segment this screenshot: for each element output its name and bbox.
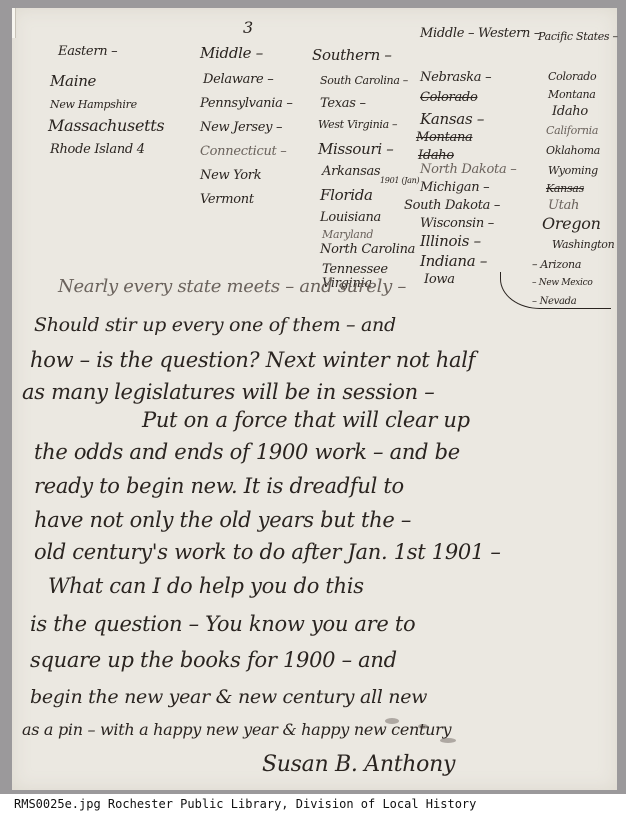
state-item: Connecticut – (200, 144, 287, 159)
state-item: Pennsylvania – (200, 96, 293, 111)
state-item: New Jersey – (200, 120, 282, 135)
state-item: Iowa (424, 272, 455, 287)
column-heading-southern: Southern – (312, 46, 392, 64)
state-item: Massachusetts (48, 116, 164, 135)
body-line: Should stir up every one of them – and (34, 314, 396, 336)
state-item: Wyoming (548, 164, 598, 177)
state-item: California (546, 124, 598, 137)
state-item: Idaho (552, 104, 588, 119)
body-line: old century's work to do after Jan. 1st … (34, 540, 501, 564)
body-line: Put on a force that will clear up (142, 408, 470, 432)
page-number: 3 (243, 18, 253, 37)
ink-smudge (385, 718, 399, 724)
state-item: Nebraska – (420, 70, 491, 85)
state-item: Rhode Island 4 (50, 142, 145, 157)
state-item: Utah (548, 198, 579, 213)
annotation-1901: 1901 (Jan) (380, 176, 419, 185)
column-heading-middle: Middle – (200, 44, 263, 62)
state-item: Kansas – (420, 110, 484, 128)
body-line: What can I do help you do this (48, 574, 364, 598)
bracket-line (500, 272, 611, 309)
state-item: South Dakota – (404, 198, 500, 213)
column-heading-pacific: Pacific States – (538, 30, 618, 43)
state-item: Michigan – (420, 180, 489, 195)
body-line: have not only the old years but the – (34, 508, 411, 532)
state-item: West Virginia – (318, 118, 397, 131)
ink-smudge (440, 738, 456, 743)
state-item-struck: Colorado (420, 90, 477, 105)
state-item: Montana (548, 88, 596, 101)
state-item-struck: Idaho (418, 148, 454, 163)
state-item: South Carolina – (320, 74, 408, 87)
state-item: Maryland (322, 228, 373, 241)
state-item: Arkansas (322, 164, 380, 179)
state-item: Louisiana (320, 210, 381, 225)
state-item: Missouri – (318, 140, 393, 158)
state-item: Indiana – (420, 252, 487, 270)
state-item: Texas – (320, 96, 366, 111)
state-item: Maine (50, 72, 96, 90)
state-item: Wisconsin – (420, 216, 494, 231)
state-item-struck: Montana (416, 130, 473, 145)
state-item-struck: Kansas (546, 182, 584, 195)
state-item: Vermont (200, 192, 254, 207)
body-line: ready to begin new. It is dreadful to (34, 474, 404, 498)
state-item: Tennessee (322, 262, 388, 277)
state-item: North Carolina (320, 242, 415, 257)
state-item: North Dakota – (420, 162, 516, 177)
state-item: Washington (552, 238, 614, 251)
paper-fold (12, 8, 16, 38)
state-item: Oklahoma (546, 144, 600, 157)
body-line: as many legislatures will be in session … (22, 380, 434, 404)
body-line: the odds and ends of 1900 work – and be (34, 440, 460, 464)
state-item: New York (200, 168, 261, 183)
body-line: is the question – You know you are to (30, 612, 415, 636)
state-item: Illinois – (420, 232, 481, 250)
ink-smudge (418, 724, 428, 729)
image-caption: RMS0025e.jpg Rochester Public Library, D… (14, 797, 476, 811)
column-heading-eastern: Eastern – (58, 44, 117, 59)
body-line: begin the new year & new century all new (30, 686, 427, 708)
state-item: Colorado (548, 70, 596, 83)
state-item: New Hampshire (50, 98, 137, 111)
state-item: Florida (320, 186, 373, 204)
body-line: square up the books for 1900 – and (30, 648, 397, 672)
body-line: Nearly every state meets – and surely – (58, 276, 406, 297)
state-item: – Arizona (532, 258, 581, 271)
body-line: how – is the question? Next winter not h… (30, 348, 475, 372)
state-item: Delaware – (203, 72, 273, 87)
column-heading-middle-western: Middle – Western – (420, 26, 540, 41)
state-item: Oregon (542, 214, 601, 233)
signature: Susan B. Anthony (262, 752, 455, 777)
